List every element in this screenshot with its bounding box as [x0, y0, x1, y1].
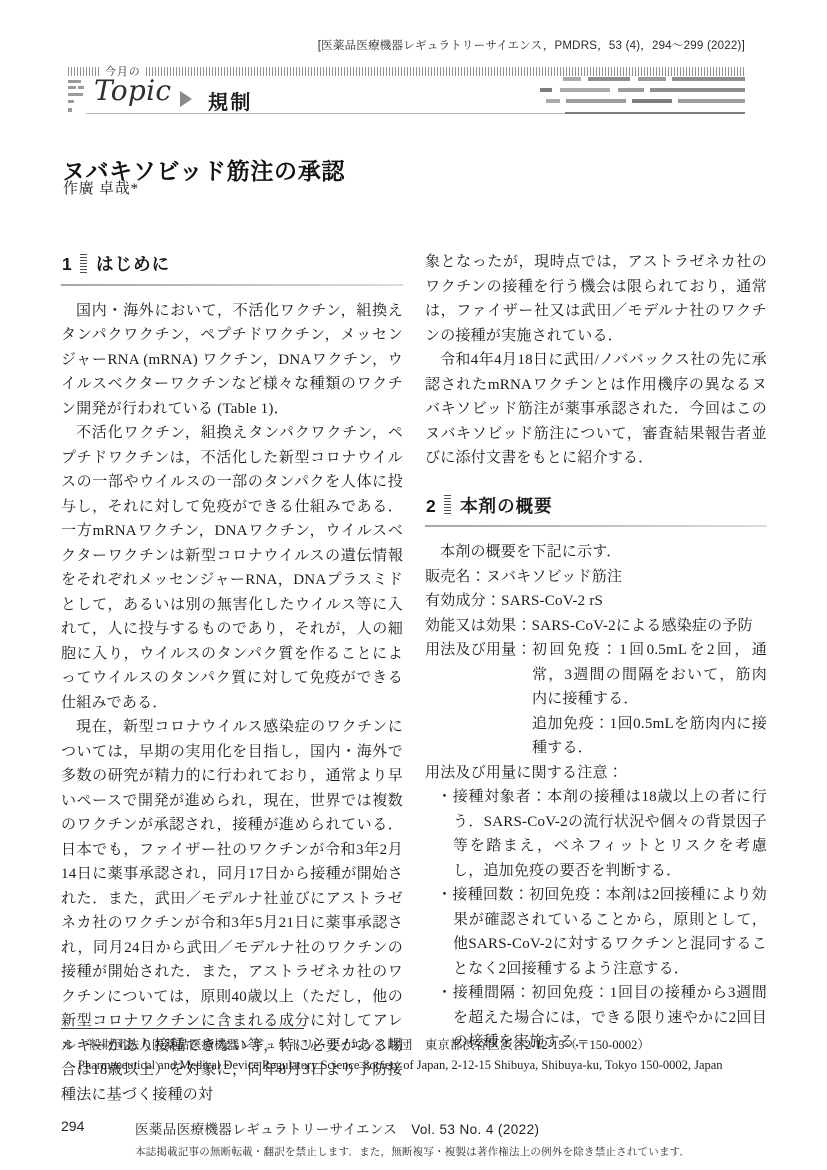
topic-logo: Topic [94, 74, 171, 107]
decorative-mark [78, 86, 84, 89]
topic-banner: 今月の Topic 規制 [68, 63, 745, 117]
decorative-mark [68, 80, 81, 83]
section-title: はじめに [96, 252, 170, 277]
footnote-rule [61, 1028, 304, 1029]
decorative-mark [68, 100, 74, 103]
paragraph-continuation: 象となったが，現時点では，アストラゼネカ社のワクチンの接種を行う機会は限られてお… [425, 250, 767, 348]
section-number: 2 [426, 494, 436, 519]
notes-heading: 用法及び用量に関する注意： [425, 761, 767, 786]
left-column: 1 はじめに 国内・海外において，不活化ワクチン，組換えタンパクワクチン，ペプチ… [61, 250, 403, 1107]
header-citation: [医薬品医療機器レギュラトリーサイエンス，PMDRS，53 (4)，294～29… [318, 37, 745, 53]
decorative-bar [650, 88, 745, 92]
decorative-hatch-strip [146, 67, 745, 76]
right-column: 象となったが，現時点では，アストラゼネカ社のワクチンの接種を行う機会は限られてお… [425, 250, 767, 1055]
overview-item: 有効成分：SARS-CoV-2 rS [425, 589, 767, 614]
footnote-marker: ＊ [61, 1038, 74, 1052]
copyright-notice: 本誌掲載記事の無断転載・翻訳を禁止します．また，無断複写・複製は著作権法上の例外… [135, 1144, 690, 1159]
paragraph: 令和4年4月18日に武田/ノババックス社の先に承認されたmRNAワクチンとは作用… [425, 348, 767, 471]
decorative-bar [563, 77, 581, 81]
decorative-bar [678, 99, 745, 103]
section-heading-divider [80, 254, 87, 275]
decorative-bar [566, 99, 626, 103]
section-1-heading: 1 はじめに [61, 250, 403, 284]
overview-item: 効能又は効果：SARS-CoV-2による感染症の予防 [425, 614, 767, 639]
decorative-mark [68, 86, 76, 89]
decorative-bar [588, 77, 630, 81]
section-2-heading: 2 本剤の概要 [425, 492, 767, 526]
note-item: ・接種回数：初回免疫：本剤は2回接種により効果が確認されていることから，原則とし… [425, 883, 767, 981]
decorative-bar [546, 99, 560, 103]
decorative-bar [632, 99, 672, 103]
section-heading-rule [61, 284, 403, 286]
journal-volume-line: 医薬品医療機器レギュラトリーサイエンス Vol. 53 No. 4 (2022) [135, 1118, 690, 1138]
author-name: 作廣 卓哉* [63, 177, 139, 198]
decorative-bar [560, 88, 610, 92]
dosage-block: 用法及び用量： 初回免疫：1回0.5mLを2回，通常，3週間の間隔をおいて，筋肉… [425, 638, 767, 761]
page-number: 294 [61, 1118, 135, 1134]
journal-page: [医薬品医療機器レギュラトリーサイエンス，PMDRS，53 (4)，294～29… [0, 0, 827, 1170]
overview-intro: 本剤の概要を下記に示す． [425, 540, 767, 565]
notes-list: ・接種対象者：本剤の接種は18歳以上の者に行う．SARS-CoV-2の流行状況や… [425, 785, 767, 1055]
decorative-mark [68, 108, 72, 112]
dosage-booster: 追加免疫：1回0.5mLを筋肉内に接種する． [532, 712, 767, 761]
category-label: 規制 [208, 86, 253, 115]
dosage-label: 用法及び用量： [425, 638, 532, 663]
decorative-bar [672, 77, 745, 81]
footer-right: 医薬品医療機器レギュラトリーサイエンス Vol. 53 No. 4 (2022)… [135, 1118, 690, 1159]
section-title: 本剤の概要 [460, 494, 553, 519]
section-number: 1 [62, 252, 72, 277]
arrow-right-icon [180, 91, 192, 107]
decorative-mark [68, 93, 83, 96]
section-heading-divider [444, 495, 451, 516]
footnote: ＊ 一般財団法人医薬品医療機器レギュラトリーサイエンス財団 東京都渋谷区渋谷2-… [61, 1028, 767, 1075]
footnote-affiliation-en: Pharmaceutical and Medical Device Regula… [61, 1056, 767, 1076]
decorative-bar [638, 77, 666, 81]
overview-item: 販売名：ヌバキソビッド筋注 [425, 565, 767, 590]
paragraph: 不活化ワクチン，組換えタンパクワクチン，ペプチドワクチンは，不活化した新型コロナ… [61, 421, 403, 715]
decorative-bar [618, 88, 644, 92]
section-heading-rule [425, 525, 767, 527]
dosage-primary: 初回免疫：1回0.5mLを2回，通常，3週間の間隔をおいて，筋肉内に接種する． [532, 638, 767, 712]
banner-rule-dark [565, 112, 745, 114]
note-item: ・接種対象者：本剤の接種は18歳以上の者に行う．SARS-CoV-2の流行状況や… [425, 785, 767, 883]
footnote-affiliation-ja: ＊ 一般財団法人医薬品医療機器レギュラトリーサイエンス財団 東京都渋谷区渋谷2-… [61, 1036, 767, 1056]
paragraph: 国内・海外において，不活化ワクチン，組換えタンパクワクチン，ペプチドワクチン，メ… [61, 299, 403, 422]
decorative-bar [540, 88, 552, 92]
page-footer: 294 医薬品医療機器レギュラトリーサイエンス Vol. 53 No. 4 (2… [61, 1118, 767, 1159]
